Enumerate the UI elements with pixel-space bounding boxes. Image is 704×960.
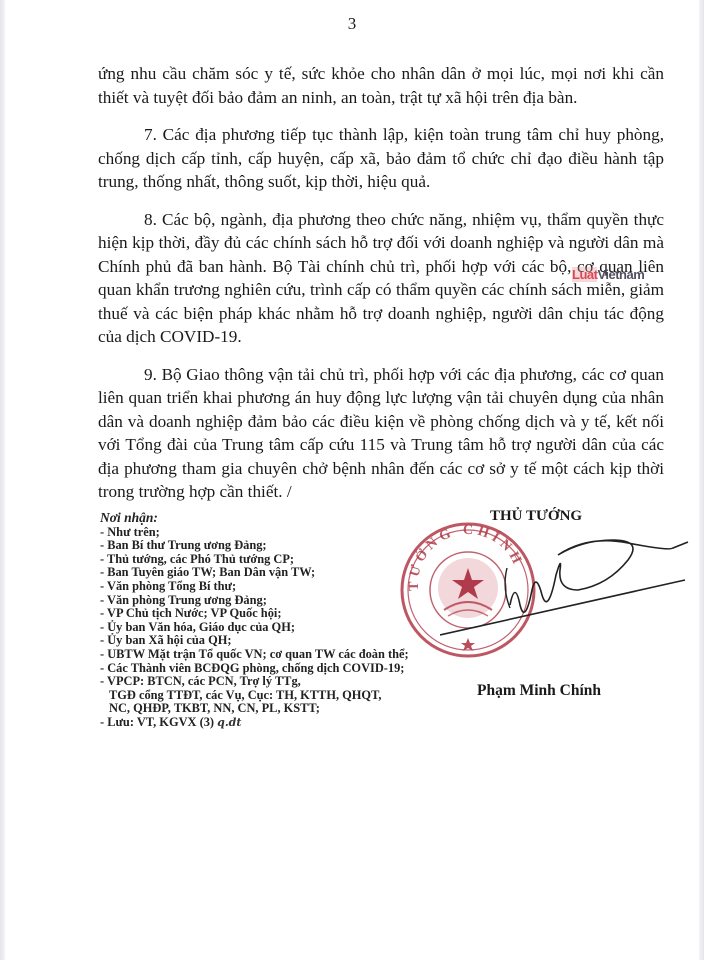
watermark-part1: Luat [572, 267, 597, 282]
recipients-title: Nơi nhận: [100, 511, 409, 525]
recipient-item: - UBTW Mặt trận Tổ quốc VN; cơ quan TW c… [100, 648, 409, 662]
page-number: 3 [0, 14, 704, 34]
recipient-item: - Như trên; [100, 526, 409, 540]
signer-name: Phạm Minh Chính [477, 682, 601, 700]
recipient-item: - Ủy ban Xã hội của QH; [100, 634, 409, 648]
recipient-item: - Thủ tướng, các Phó Thủ tướng CP; [100, 553, 409, 567]
page-edge-right [699, 0, 704, 960]
recipient-archive: - Lưu: VT, KGVX (3) [100, 715, 214, 729]
paragraph-7: 7. Các địa phương tiếp tục thành lập, ki… [98, 123, 664, 194]
document-body: ứng nhu cầu chăm sóc y tế, sức khỏe cho … [98, 62, 664, 518]
recipients-list: Nơi nhận: - Như trên; - Ban Bí thư Trung… [100, 511, 409, 730]
recipient-item: - Ủy ban Văn hóa, Giáo dục của QH; [100, 621, 409, 635]
recipient-item: - Văn phòng Tổng Bí thư; [100, 580, 409, 594]
watermark-part2: Vietnam [597, 267, 644, 282]
handwritten-note: q.dt [217, 716, 241, 729]
watermark-logo: LuatVietnam [572, 267, 644, 282]
page-edge-left [0, 0, 5, 960]
recipient-item-continuation: TGĐ cổng TTĐT, các Vụ, Cục: TH, KTTH, QH… [100, 689, 409, 703]
recipient-item: - VPCP: BTCN, các PCN, Trợ lý TTg, [100, 675, 409, 689]
recipient-item-last: - Lưu: VT, KGVX (3) q.dt [100, 716, 409, 730]
recipient-item: - VP Chủ tịch Nước; VP Quốc hội; [100, 607, 409, 621]
recipient-item: - Văn phòng Trung ương Đảng; [100, 594, 409, 608]
paragraph-continuation: ứng nhu cầu chăm sóc y tế, sức khỏe cho … [98, 62, 664, 109]
paragraph-9: 9. Bộ Giao thông vận tải chủ trì, phối h… [98, 363, 664, 504]
recipient-item: - Các Thành viên BCĐQG phòng, chống dịch… [100, 662, 409, 676]
handwritten-signature-icon [440, 530, 690, 640]
recipient-item-continuation: NC, QHĐP, TKBT, NN, CN, PL, KSTT; [100, 702, 409, 716]
recipient-item: - Ban Tuyên giáo TW; Ban Dân vận TW; [100, 566, 409, 580]
recipient-item: - Ban Bí thư Trung ương Đảng; [100, 539, 409, 553]
